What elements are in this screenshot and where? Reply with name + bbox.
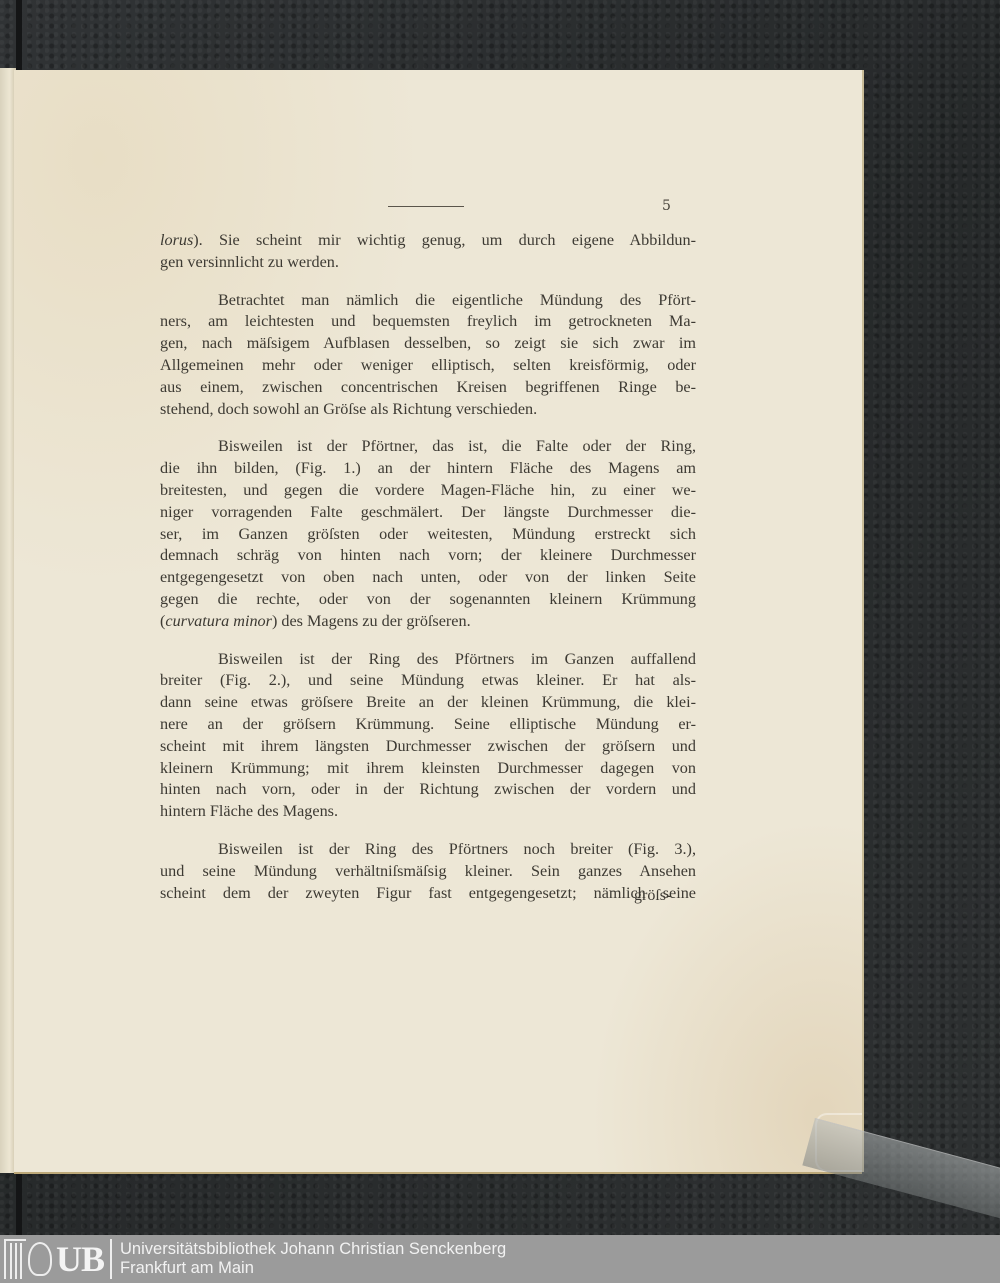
page-number: 5 bbox=[662, 198, 671, 214]
text-line: aus einem, zwischen concentrischen Kreis… bbox=[160, 377, 696, 399]
text-line: breitesten, und gegen die vordere Magen-… bbox=[160, 480, 696, 502]
ub-logo: UB bbox=[4, 1236, 112, 1282]
text-segment: Bisweilen ist der Pförtner, das ist, die… bbox=[218, 437, 696, 455]
text-line: ser, im Ganzen gröſsten oder weitesten, … bbox=[160, 524, 696, 546]
text-segment: gen, nach mäſsigem Aufblasen desselben, … bbox=[160, 334, 696, 352]
book-page: 5 lorus). Sie scheint mir wichtig genug,… bbox=[14, 70, 862, 1172]
text-line: und seine Mündung verhältniſsmäſsig klei… bbox=[160, 861, 696, 883]
text-line: scheint mit ihrem längsten Durchmesser z… bbox=[160, 736, 696, 758]
text-line: ners, am leichtesten und bequemsten frey… bbox=[160, 311, 696, 333]
library-name: Universitätsbibliothek Johann Christian … bbox=[120, 1240, 506, 1278]
text-segment: breiter (Fig. 2.), und seine Mündung etw… bbox=[160, 671, 696, 689]
text-segment: demnach schräg von hinten nach vorn; der… bbox=[160, 546, 696, 564]
text-segment: niger vorragenden Falte geschmälert. Der… bbox=[160, 503, 696, 521]
text-segment: die ihn bilden, (Fig. 1.) an der hintern… bbox=[160, 459, 696, 477]
text-segment: gen versinnlicht zu werden. bbox=[160, 253, 339, 271]
text-segment: nere an der gröſsern Krümmung. Seine ell… bbox=[160, 715, 696, 733]
body-text: lorus). Sie scheint mir wichtig genug, u… bbox=[160, 230, 696, 920]
paragraph: Bisweilen ist der Ring des Pförtners noc… bbox=[160, 839, 696, 904]
text-line: kleinern Krümmung; mit ihrem kleinsten D… bbox=[160, 758, 696, 780]
text-segment: scheint dem der zweyten Figur fast entge… bbox=[160, 884, 696, 902]
text-line: entgegengesetzt von oben nach unten, ode… bbox=[160, 567, 696, 589]
text-segment: hintern Fläche des Magens. bbox=[160, 802, 338, 820]
text-segment: ) des Magens zu der gröſseren. bbox=[272, 612, 471, 630]
text-segment: ser, im Ganzen gröſsten oder weitesten, … bbox=[160, 525, 696, 543]
text-segment: dann seine etwas gröſsere Breite an der … bbox=[160, 693, 696, 711]
text-line: scheint dem der zweyten Figur fast entge… bbox=[160, 883, 696, 905]
text-line: niger vorragenden Falte geschmälert. Der… bbox=[160, 502, 696, 524]
text-line: Betrachtet man nämlich die eigentliche M… bbox=[160, 290, 696, 312]
text-line: dann seine etwas gröſsere Breite an der … bbox=[160, 692, 696, 714]
text-line: Bisweilen ist der Ring des Pförtners noc… bbox=[160, 839, 696, 861]
text-segment: Betrachtet man nämlich die eigentliche M… bbox=[218, 291, 696, 309]
text-line: Bisweilen ist der Ring des Pförtners im … bbox=[160, 649, 696, 671]
text-segment: breitesten, und gegen die vordere Magen-… bbox=[160, 481, 696, 499]
text-line: (curvatura minor) des Magens zu der gröſ… bbox=[160, 611, 696, 633]
italic-text: curvatura minor bbox=[165, 612, 272, 630]
text-line: lorus). Sie scheint mir wichtig genug, u… bbox=[160, 230, 696, 252]
logo-text: UB bbox=[56, 1238, 104, 1280]
text-segment: ners, am leichtesten und bequemsten frey… bbox=[160, 312, 696, 330]
text-line: Allgemeinen mehr oder weniger elliptisch… bbox=[160, 355, 696, 377]
text-line: stehend, doch sowohl an Gröſse als Richt… bbox=[160, 399, 696, 421]
text-segment: Allgemeinen mehr oder weniger elliptisch… bbox=[160, 356, 696, 374]
text-line: hintern Fläche des Magens. bbox=[160, 801, 696, 823]
paragraph: lorus). Sie scheint mir wichtig genug, u… bbox=[160, 230, 696, 274]
text-line: gegen die rechte, oder von der sogenannt… bbox=[160, 589, 696, 611]
portrait-icon bbox=[28, 1242, 52, 1276]
pillars-icon bbox=[4, 1239, 26, 1279]
text-line: nere an der gröſsern Krümmung. Seine ell… bbox=[160, 714, 696, 736]
text-segment: stehend, doch sowohl an Gröſse als Richt… bbox=[160, 400, 537, 418]
text-segment: Bisweilen ist der Ring des Pförtners noc… bbox=[218, 840, 696, 858]
text-segment: gegen die rechte, oder von der sogenannt… bbox=[160, 590, 696, 608]
text-line: demnach schräg von hinten nach vorn; der… bbox=[160, 545, 696, 567]
catchword: gröſs- bbox=[634, 887, 671, 905]
italic-text: lorus bbox=[160, 231, 193, 249]
text-segment: und seine Mündung verhältniſsmäſsig klei… bbox=[160, 862, 696, 880]
text-line: Bisweilen ist der Pförtner, das ist, die… bbox=[160, 436, 696, 458]
paragraph: Bisweilen ist der Pförtner, das ist, die… bbox=[160, 436, 696, 632]
text-segment: ). Sie scheint mir wichtig genug, um dur… bbox=[193, 231, 696, 249]
text-segment: scheint mit ihrem längsten Durchmesser z… bbox=[160, 737, 696, 755]
text-segment: hinten nach vorn, oder in der Richtung z… bbox=[160, 780, 696, 798]
text-line: die ihn bilden, (Fig. 1.) an der hintern… bbox=[160, 458, 696, 480]
text-line: hinten nach vorn, oder in der Richtung z… bbox=[160, 779, 696, 801]
header-rule bbox=[388, 206, 464, 207]
paragraph: Bisweilen ist der Ring des Pförtners im … bbox=[160, 649, 696, 823]
text-segment: kleinern Krümmung; mit ihrem kleinsten D… bbox=[160, 759, 696, 777]
text-segment: Bisweilen ist der Ring des Pförtners im … bbox=[218, 650, 696, 668]
text-segment: entgegengesetzt von oben nach unten, ode… bbox=[160, 568, 696, 586]
library-name-line2: Frankfurt am Main bbox=[120, 1259, 506, 1278]
text-line: breiter (Fig. 2.), und seine Mündung etw… bbox=[160, 670, 696, 692]
paragraph: Betrachtet man nämlich die eigentliche M… bbox=[160, 290, 696, 421]
text-line: gen versinnlicht zu werden. bbox=[160, 252, 696, 274]
logo-divider bbox=[110, 1239, 112, 1279]
library-footer-banner: UB Universitätsbibliothek Johann Christi… bbox=[0, 1235, 1000, 1283]
library-name-line1: Universitätsbibliothek Johann Christian … bbox=[120, 1240, 506, 1259]
text-segment: aus einem, zwischen concentrischen Kreis… bbox=[160, 378, 696, 396]
text-line: gen, nach mäſsigem Aufblasen desselben, … bbox=[160, 333, 696, 355]
